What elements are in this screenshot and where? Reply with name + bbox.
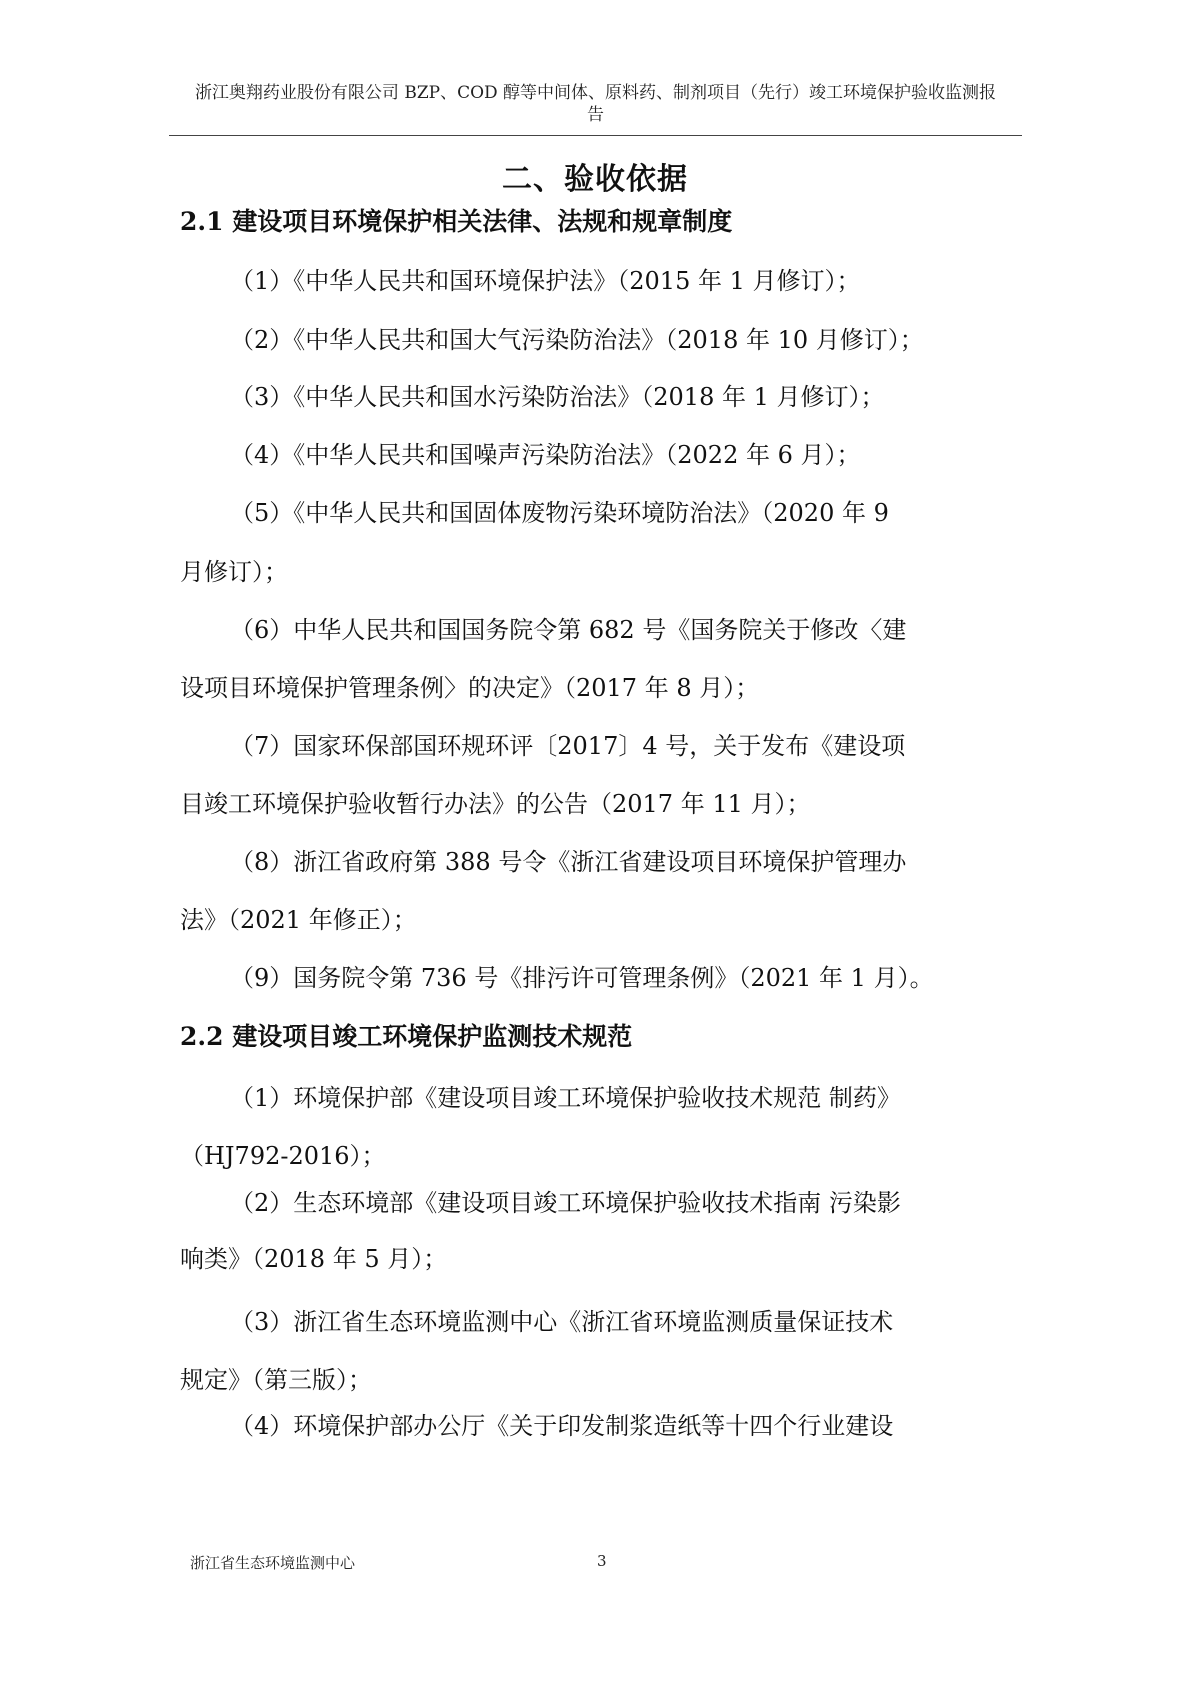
item-1-5: （5）《中华人民共和国固体废物污染环境防治法》（2020 年 9 [230,497,889,529]
header-line-2: 告 [169,104,1022,126]
item-2-1: （1）环境保护部《建设项目竣工环境保护验收技术规范 制药》 [230,1082,901,1114]
item-1-1: （1）《中华人民共和国环境保护法》（2015 年 1 月修订）； [230,265,861,297]
footer-organization: 浙江省生态环境监测中心 [190,1552,355,1573]
item-1-8: （8）浙江省政府第 388 号令《浙江省建设项目环境保护管理办 [230,846,906,878]
item-1-7: （7）国家环保部国环规环评〔2017〕4 号，关于发布《建设项 [230,730,905,762]
item-2-2: （2）生态环境部《建设项目竣工环境保护验收技术指南 污染影 [230,1187,901,1219]
item-1-4: （4）《中华人民共和国噪声污染防治法》（2022 年 6 月）； [230,439,861,471]
section-title-2-1: 2.1 建设项目环境保护相关法律、法规和规章制度 [180,205,732,239]
header-rule [169,135,1022,136]
item-1-3: （3）《中华人民共和国水污染防治法》（2018 年 1 月修订）； [230,381,885,413]
item-1-6-cont: 设项目环境保护管理条例〉的决定》（2017 年 8 月）； [180,672,759,704]
item-1-6: （6）中华人民共和国国务院令第 682 号《国务院关于修改〈建 [230,614,906,646]
item-1-7-cont: 目竣工环境保护验收暂行办法》的公告（2017 年 11 月）； [180,788,811,820]
item-2-2-cont: 响类》（2018 年 5 月）； [180,1243,447,1275]
footer-page-number: 3 [597,1552,607,1570]
section-title-2-2: 2.2 建设项目竣工环境保护监测技术规范 [180,1020,632,1054]
item-1-9: （9）国务院令第 736 号《排污许可管理条例》（2021 年 1 月）。 [230,962,934,994]
item-2-3-cont: 规定》（第三版）； [180,1364,372,1396]
page-header: 浙江奥翔药业股份有限公司 BZP、COD 醇等中间体、原料药、制剂项目（先行）竣… [169,82,1022,126]
item-2-4: （4）环境保护部办公厅《关于印发制浆造纸等十四个行业建设 [230,1410,893,1442]
item-1-2: （2）《中华人民共和国大气污染防治法》（2018 年 10 月修订）； [230,324,924,356]
header-line-1: 浙江奥翔药业股份有限公司 BZP、COD 醇等中间体、原料药、制剂项目（先行）竣… [169,82,1022,104]
item-1-8-cont: 法》（2021 年修正）； [180,904,417,936]
item-2-1-cont: （HJ792-2016）； [180,1140,386,1172]
item-1-5-cont: 月修订）； [180,556,288,588]
chapter-title: 二、验收依据 [0,160,1190,200]
item-2-3: （3）浙江省生态环境监测中心《浙江省环境监测质量保证技术 [230,1306,893,1338]
